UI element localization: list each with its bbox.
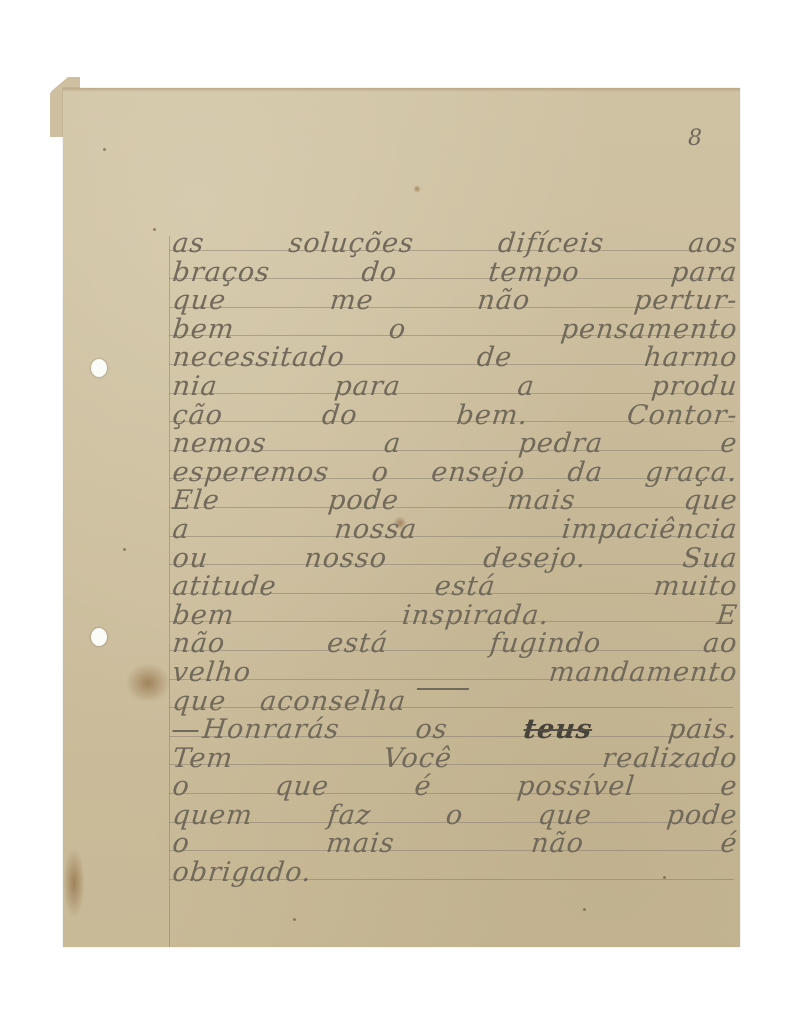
text-line: que aconselha xyxy=(171,688,739,717)
word: E xyxy=(715,602,739,631)
word: é xyxy=(413,773,433,802)
word: a xyxy=(383,430,403,459)
word: realizado xyxy=(601,745,739,774)
word: nia xyxy=(171,373,219,402)
word: mais xyxy=(325,830,396,859)
text-line: o que é possível e xyxy=(171,773,739,802)
word: do xyxy=(360,259,399,288)
word: as xyxy=(171,230,206,259)
word: que xyxy=(171,688,228,717)
word: ensejo xyxy=(430,459,527,488)
word: não xyxy=(476,287,532,316)
word: a xyxy=(171,516,191,545)
word: pensamento xyxy=(559,316,739,345)
text-line: bem inspirada. E xyxy=(171,602,739,631)
dash-mark xyxy=(417,688,469,690)
word: ao xyxy=(702,630,739,659)
text-line: Honrarás os teus pais. xyxy=(171,716,739,745)
word: inspirada. xyxy=(401,602,551,631)
word: pedra xyxy=(517,430,605,459)
word: o xyxy=(444,802,464,831)
word: pais. xyxy=(667,716,739,745)
text-line: que me não pertur- xyxy=(171,287,739,316)
text-line: o mais não é xyxy=(171,830,739,859)
text-line: nia para a produ xyxy=(171,373,739,402)
text-line: ou nosso desejo. Sua xyxy=(171,545,739,574)
word: velho xyxy=(171,659,253,688)
word: Contor- xyxy=(626,402,739,431)
paper-speck xyxy=(293,918,296,921)
word: que xyxy=(171,287,228,316)
text-line: atitude está muito xyxy=(171,573,739,602)
word: o xyxy=(171,773,191,802)
word: soluções xyxy=(287,230,415,259)
word: nemos xyxy=(171,430,268,459)
word: pode xyxy=(327,487,401,516)
word: aconselha xyxy=(259,688,408,717)
word: do xyxy=(321,402,360,431)
word: bem xyxy=(171,316,236,345)
word: faz xyxy=(326,802,372,831)
punch-hole-bottom xyxy=(91,628,107,646)
word: e xyxy=(719,430,739,459)
page-top-edge xyxy=(63,88,740,92)
word: não xyxy=(171,630,227,659)
lead-dash xyxy=(172,730,198,732)
word: esperemos xyxy=(171,459,331,488)
text-line: ção do bem. Contor- xyxy=(171,402,739,431)
page-number: 8 xyxy=(688,126,702,151)
text-line: não está fugindo ao xyxy=(171,630,739,659)
word: está xyxy=(433,573,497,602)
word: atitude xyxy=(171,573,278,602)
word: fugindo xyxy=(488,630,602,659)
paper-speck xyxy=(583,908,586,911)
text-line: velho mandamento xyxy=(171,659,739,688)
word: o xyxy=(171,830,191,859)
word: os xyxy=(414,716,449,745)
word: muito xyxy=(652,573,739,602)
word: nosso xyxy=(303,545,389,574)
text-line: a nossa impaciência xyxy=(171,516,739,545)
paper-speck xyxy=(103,148,106,151)
text-line: nemos a pedra e xyxy=(171,430,739,459)
word: de xyxy=(475,344,513,373)
word: pertur- xyxy=(633,287,739,316)
word: que xyxy=(274,773,331,802)
word: bem xyxy=(171,602,236,631)
word: ção xyxy=(171,402,224,431)
text-line: Tem Você realizado xyxy=(171,745,739,774)
word: Tem xyxy=(171,745,235,774)
word: quem xyxy=(171,802,254,831)
word: Você xyxy=(382,745,453,774)
manuscript-page: 8 as soluções difíceis aos braços xyxy=(63,88,740,947)
brown-stain xyxy=(125,663,171,703)
word: graça. xyxy=(644,459,739,488)
word: bem. xyxy=(455,402,529,431)
word: obrigado. xyxy=(171,859,313,888)
text-line: as soluções difíceis aos xyxy=(171,230,739,259)
overwritten-word: teus xyxy=(522,716,593,745)
text-line: esperemos o ensejo da graça. xyxy=(171,459,739,488)
ink-spot xyxy=(413,185,421,193)
word: mandamento xyxy=(547,659,739,688)
paper-speck xyxy=(123,548,126,551)
word: a xyxy=(516,373,536,402)
word: pode xyxy=(665,802,739,831)
word-with-lead-dash: Honrarás xyxy=(171,716,341,745)
word: Sua xyxy=(681,545,739,574)
text-line: Ele pode mais que xyxy=(171,487,739,516)
word: braços xyxy=(171,259,272,288)
text-line: obrigado. xyxy=(171,859,739,888)
margin-line xyxy=(169,236,170,947)
word: Honrarás xyxy=(201,714,341,745)
text-line: bem o pensamento xyxy=(171,316,739,345)
word: tempo xyxy=(487,259,581,288)
word: aos xyxy=(687,230,739,259)
paper-speck xyxy=(153,228,156,231)
word: produ xyxy=(650,373,739,402)
word: impaciência xyxy=(560,516,739,545)
word: desejo. xyxy=(482,545,588,574)
word: que xyxy=(682,487,739,516)
word: necessitado xyxy=(171,344,346,373)
word: difíceis xyxy=(497,230,606,259)
word: para xyxy=(333,373,402,402)
word: que xyxy=(537,802,594,831)
word: e xyxy=(719,773,739,802)
word: da xyxy=(566,459,604,488)
text-line: necessitado de harmo xyxy=(171,344,739,373)
word: harmo xyxy=(643,344,739,373)
word: me xyxy=(329,287,376,316)
edge-stain xyxy=(63,848,85,918)
text-line: braços do tempo para xyxy=(171,259,739,288)
word: possível xyxy=(516,773,637,802)
word: é xyxy=(719,830,739,859)
word: está xyxy=(326,630,390,659)
word: mais xyxy=(506,487,577,516)
word: nossa xyxy=(333,516,418,545)
punch-hole-top xyxy=(91,359,107,377)
word: não xyxy=(530,830,586,859)
word: para xyxy=(670,259,739,288)
word: o xyxy=(370,459,390,488)
text-line: quem faz o que pode xyxy=(171,802,739,831)
handwritten-text: as soluções difíceis aos braços do tempo… xyxy=(171,230,736,888)
word: ou xyxy=(171,545,210,574)
word: o xyxy=(387,316,407,345)
word: Ele xyxy=(171,487,221,516)
